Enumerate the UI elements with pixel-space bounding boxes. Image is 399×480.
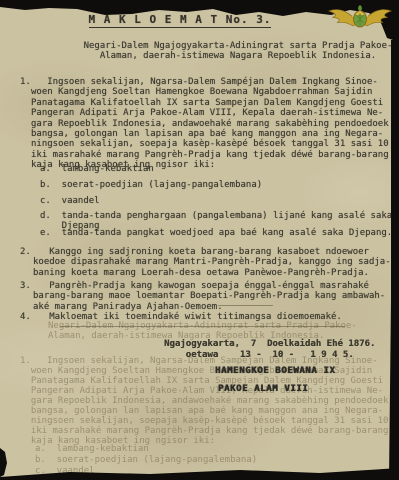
scanned-proclamation-document: M A K L O E M A T No. 3. Negari-Dalem Ng… bbox=[0, 0, 399, 480]
pen-strike-mark bbox=[218, 305, 273, 306]
item-2-text: Kanggo ing sadjroning koeta barang-baran… bbox=[33, 247, 391, 278]
document-subtitle: Negari-Dalem Ngajogyakarta-Adiningrat sa… bbox=[78, 41, 398, 62]
item-2-number: 2. bbox=[20, 247, 31, 257]
item-3-number: 3. bbox=[20, 281, 31, 291]
signature-hamengkoe-boewana: HAMENGKOE BOEWANA IX bbox=[215, 366, 335, 376]
signature-pakoe-alam: PAKOE ALAM VIII bbox=[218, 384, 308, 394]
sub-item-b: b. soerat-poedjian (lajang-pangalembana) bbox=[40, 180, 262, 190]
bleed-sub-item-b: b. soerat-poedjian (lajang-pangalembana) bbox=[35, 455, 257, 465]
item-3-text: Pangrèh-Pradja kang kawogan soepaja éngg… bbox=[33, 281, 385, 312]
bleed-sub-item-c: c. vaandel bbox=[35, 466, 95, 476]
sub-item-c: c. vaandel bbox=[40, 196, 100, 206]
item-4-text: Makloemat iki toemindaké wiwit titimangs… bbox=[33, 312, 342, 322]
item-1-number: 1. bbox=[20, 77, 31, 87]
date-block: Ngajogyakarta, 7 Doelkaidah Ehé 1876. oe… bbox=[164, 339, 375, 360]
item-1-text: Ingsoen sekalijan, Ngarsa-Dalem Sampéjan… bbox=[31, 77, 389, 171]
bleed-through-subtitle: Negari-Dalem Ngajogyakarta-Adiningrat sa… bbox=[48, 321, 357, 341]
sub-item-e: e. tanda-tanda pangkat woedjoed apa baé … bbox=[40, 228, 392, 238]
bleed-strike-mark bbox=[60, 326, 345, 327]
royal-winged-emblem-icon bbox=[327, 2, 393, 34]
sub-item-a: a. lambang-kebaktian bbox=[40, 164, 154, 174]
document-title: M A K L O E M A T No. 3. bbox=[0, 13, 360, 26]
item-4-number: 4. bbox=[20, 312, 31, 322]
bleed-sub-item-a: a. lambang-kebaktian bbox=[35, 444, 149, 454]
